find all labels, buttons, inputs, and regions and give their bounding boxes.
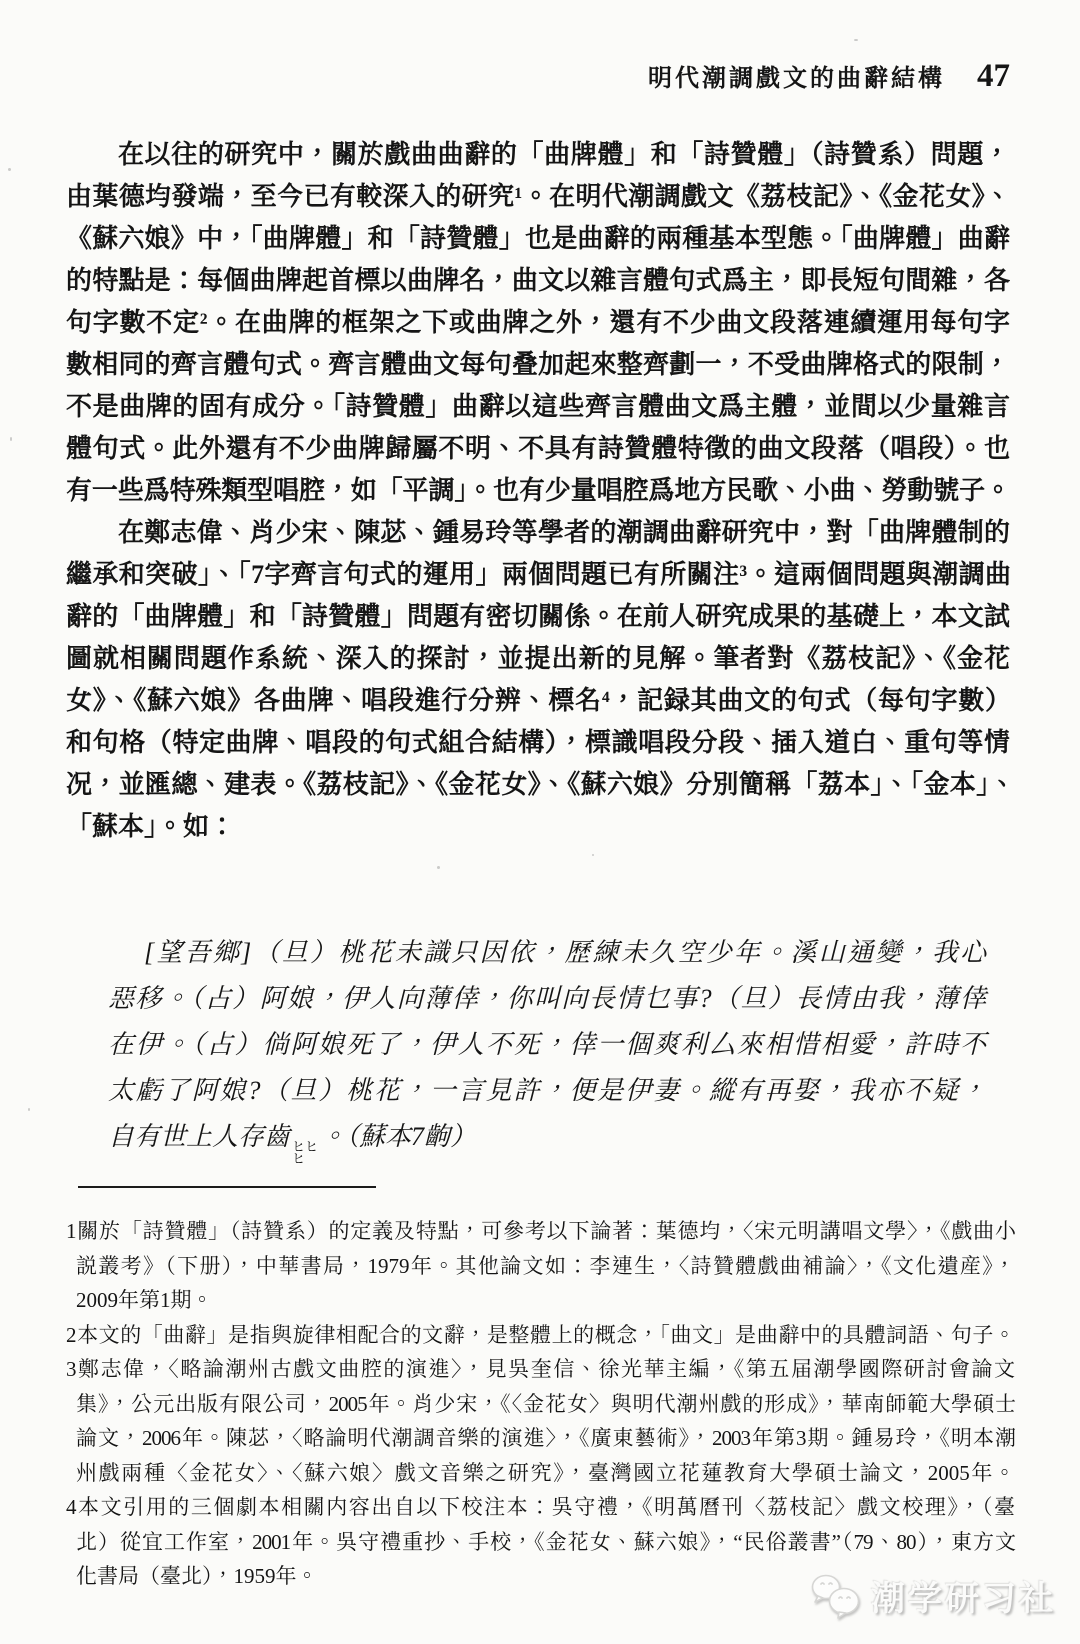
body-line: 在以往的研究中，關於戲曲曲辭的「曲牌體」和「詩贊體」（詩贊系）問題， xyxy=(66,134,1010,176)
quote-line: 自有世上人存齒ヒヒヒ。（蘇本7齣） xyxy=(108,1114,986,1165)
footnote-line: 3鄭志偉，〈略論潮州古戲文曲腔的演進〉，見吳奎信、徐光華主編，《第五届潮學國際研… xyxy=(66,1352,1015,1387)
body-line: 有一些爲特殊類型唱腔，如「平調」。也有少量唱腔爲地方民歌、小曲、勞動號子。 xyxy=(66,470,1010,512)
quote-last-prefix: 自有世上人存齒 xyxy=(108,1122,290,1151)
footnote-line: 州戲兩種〈金花女〉、〈蘇六娘〉戲文音樂之研究》，臺灣國立花蓮教育大學碩士論文，2… xyxy=(66,1456,1015,1491)
body-line: 况，並匯總、建表。《荔枝記》、《金花女》、《蘇六娘》分別簡稱「荔本」、「金本」、 xyxy=(66,764,1010,806)
quote-line: 惡移。（占）阿娘，伊人向薄倖，你叫向長情乜事?（旦）長情由我，薄倖 xyxy=(108,976,986,1022)
scan-speck xyxy=(8,168,11,171)
footnote-3: 3鄭志偉，〈略論潮州古戲文曲腔的演進〉，見吳奎信、徐光華主編，《第五届潮學國際研… xyxy=(66,1352,1015,1490)
footnote-line: 2009年第1期。 xyxy=(66,1283,1015,1318)
watermark-text: 潮学研习社 xyxy=(871,1571,1056,1620)
phonetic-annotation-stack: ヒヒヒ xyxy=(292,1141,318,1165)
footnote-list: 1關於「詩贊體」（詩贊系）的定義及特點，可參考以下論著：葉德均，〈宋元明講唱文學… xyxy=(66,1214,1015,1594)
footnote-line: 説叢考》（下册），中華書局，1979年。其他論文如：李連生，〈詩贊體戲曲補論〉，… xyxy=(66,1249,1015,1284)
quote-line: 在伊。（占）倘阿娘死了，伊人不死，倖一個爽利厶來相惜相愛，許時不 xyxy=(108,1022,986,1068)
footnote-1: 1關於「詩贊體」（詩贊系）的定義及特點，可參考以下論著：葉德均，〈宋元明講唱文學… xyxy=(66,1214,1015,1318)
paragraph-1: 在以往的研究中，關於戲曲曲辭的「曲牌體」和「詩贊體」（詩贊系）問題， 由葉德均發… xyxy=(66,134,1010,512)
annotation-bottom: ヒ xyxy=(292,1153,305,1165)
scanned-paper-page: 明代潮調戲文的曲辭結構 47 在以往的研究中，關於戲曲曲辭的「曲牌體」和「詩贊體… xyxy=(0,0,1080,1644)
scan-speck xyxy=(592,854,594,856)
page-header: 明代潮調戲文的曲辭結構 47 xyxy=(0,58,1010,95)
main-text-block: 在以往的研究中，關於戲曲曲辭的「曲牌體」和「詩贊體」（詩贊系）問題， 由葉德均發… xyxy=(66,134,1010,1165)
scan-speck xyxy=(854,39,858,41)
body-line: 句字數不定²。在曲牌的框架之下或曲牌之外，還有不少曲文段落連續運用每句字 xyxy=(66,302,1010,344)
footnote-2: 2本文的「曲辭」是指與旋律相配合的文辭，是整體上的概念，「曲文」是曲辭中的具體詞… xyxy=(66,1318,1015,1353)
page-number: 47 xyxy=(977,58,1010,95)
watermark: 潮学研习社 xyxy=(809,1571,1056,1620)
footnote-line: 集》，公元出版有限公司，2005年。肖少宋，《〈金花女〉與明代潮州戲的形成》，華… xyxy=(66,1387,1015,1422)
footnote-line: 論文，2006年。陳苾，〈略論明代潮調音樂的演進〉，《廣東藝術》，2003年第3… xyxy=(66,1421,1015,1456)
paragraph-2: 在鄭志偉、肖少宋、陳苾、鍾易玲等學者的潮調曲辭研究中，對「曲牌體制的 繼承和突破… xyxy=(66,512,1010,848)
running-head-title: 明代潮調戲文的曲辭結構 xyxy=(648,58,945,93)
body-line: 在鄭志偉、肖少宋、陳苾、鍾易玲等學者的潮調曲辭研究中，對「曲牌體制的 xyxy=(66,512,1010,554)
footnote-line: 4本文引用的三個劇本相關内容出自以下校注本：吳守禮，《明萬曆刊〈荔枝記〉戲文校理… xyxy=(66,1490,1015,1525)
scan-speck xyxy=(28,1108,30,1111)
footnote-line: 2本文的「曲辭」是指與旋律相配合的文辭，是整體上的概念，「曲文」是曲辭中的具體詞… xyxy=(66,1318,1015,1353)
body-line: 體句式。此外還有不少曲牌歸屬不明、不具有詩贊體特徵的曲文段落（唱段）。也 xyxy=(66,428,1010,470)
body-line: 的特點是：每個曲牌起首標以曲牌名，曲文以雜言體句式爲主，即長短句間雜，各 xyxy=(66,260,1010,302)
body-line: 繼承和突破」、「7字齊言句式的運用」兩個問題已有所關注³。這兩個問題與潮調曲 xyxy=(66,554,1010,596)
body-line: 女》、《蘇六娘》各曲牌、唱段進行分辨、標名⁴，記録其曲文的句式（每句字數） xyxy=(66,680,1010,722)
body-line: 《蘇六娘》中，「曲牌體」和「詩贊體」也是曲辭的兩種基本型態。「曲牌體」曲辭 xyxy=(66,218,1010,260)
scan-speck xyxy=(10,437,12,441)
quote-source: 。（蘇本7齣） xyxy=(320,1122,476,1151)
body-line: 由葉德均發端，至今已有較深入的研究¹。在明代潮調戲文《荔枝記》、《金花女》、 xyxy=(66,176,1010,218)
quote-line: 太虧了阿娘?（旦）桃花，一言見許，便是伊妻。縱有再娶，我亦不疑， xyxy=(108,1068,986,1114)
wechat-chat-bubbles-icon xyxy=(809,1573,863,1619)
footnote-line: 北）從宜工作室，2001年。吳守禮重抄、手校，《金花女、蘇六娘》，“民俗叢書”（… xyxy=(66,1525,1015,1560)
footnote-line: 1關於「詩贊體」（詩贊系）的定義及特點，可參考以下論著：葉德均，〈宋元明講唱文學… xyxy=(66,1214,1015,1249)
body-line: 不是曲牌的固有成分。「詩贊體」曲辭以這些齊言體曲文爲主體，並間以少量雜言 xyxy=(66,386,1010,428)
body-line: 「蘇本」。如： xyxy=(66,806,1010,848)
body-line: 和句格（特定曲牌、唱段的句式組合結構），標識唱段分段、插入道白、重句等情 xyxy=(66,722,1010,764)
scan-speck xyxy=(437,866,440,869)
quote-line: [望吾鄉]（旦）桃花未識只因依，歷練未久空少年。溪山通變，我心 xyxy=(108,930,986,976)
body-line: 辭的「曲牌體」和「詩贊體」問題有密切關係。在前人研究成果的基礎上，本文試 xyxy=(66,596,1010,638)
block-quotation: [望吾鄉]（旦）桃花未識只因依，歷練未久空少年。溪山通變，我心 惡移。（占）阿娘… xyxy=(108,930,986,1165)
footnote-separator-rule xyxy=(78,1186,376,1188)
body-line: 數相同的齊言體句式。齊言體曲文每句叠加起來整齊劃一，不受曲牌格式的限制， xyxy=(66,344,1010,386)
body-line: 圖就相關問題作系統、深入的探討，並提出新的見解。筆者對《荔枝記》、《金花 xyxy=(66,638,1010,680)
footnotes-section: 1關於「詩贊體」（詩贊系）的定義及特點，可參考以下論著：葉德均，〈宋元明講唱文學… xyxy=(66,1186,1015,1594)
